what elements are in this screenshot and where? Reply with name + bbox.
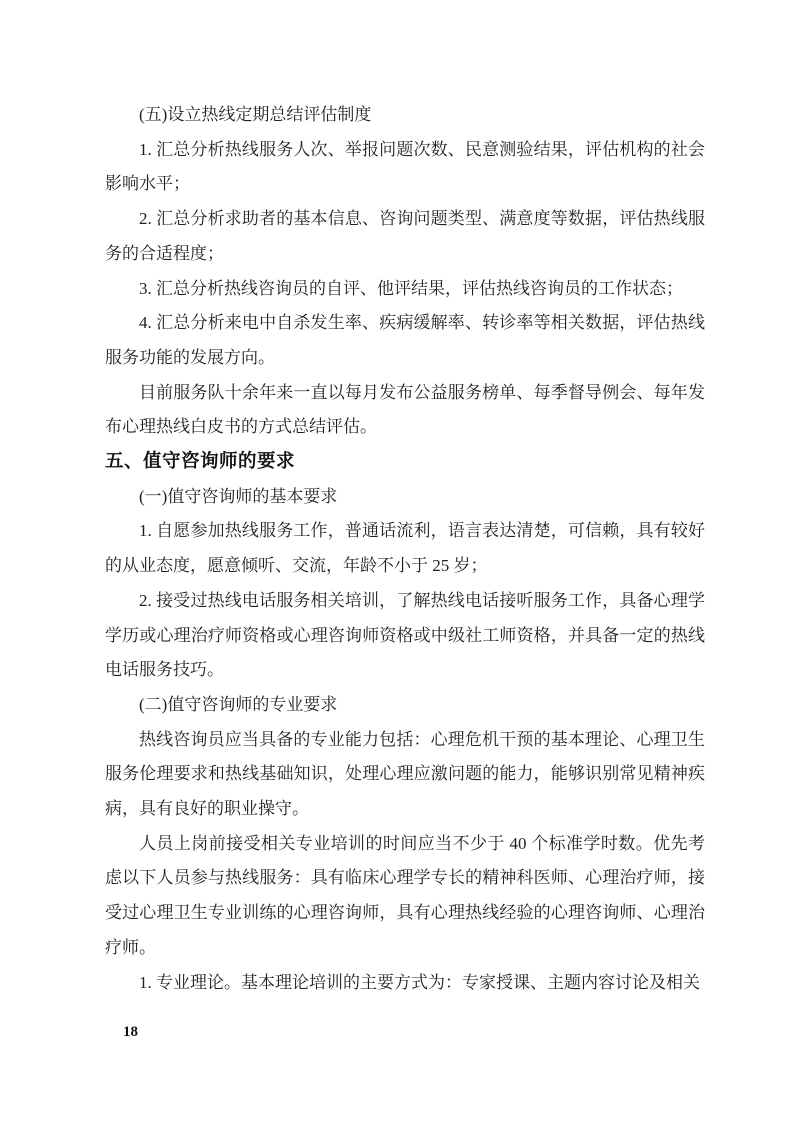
paragraph: 目前服务队十余年来一直以每月发布公益服务榜单、每季督导例会、每年发布心理热线白皮… — [105, 376, 705, 445]
paragraph: 2. 接受过热线电话服务相关培训，了解热线电话接听服务工作，具备心理学学历或心理… — [105, 584, 705, 688]
subsection-heading: (二)值守咨询师的专业要求 — [105, 688, 705, 723]
paragraph: 1. 专业理论。基本理论培训的主要方式为：专家授课、主题内容讨论及相关 — [105, 966, 705, 1001]
paragraph: 1. 自愿参加热线服务工作，普通话流利，语言表达清楚，可信赖，具有较好的从业态度… — [105, 514, 705, 583]
paragraph: 2. 汇总分析求助者的基本信息、咨询问题类型、满意度等数据，评估热线服务的合适程… — [105, 202, 705, 271]
paragraph: 人员上岗前接受相关专业培训的时间应当不少于 40 个标准学时数。优先考虑以下人员… — [105, 827, 705, 966]
document-page: (五)设立热线定期总结评估制度 1. 汇总分析热线服务人次、举报问题次数、民意测… — [0, 0, 794, 1123]
page-number: 18 — [123, 1023, 138, 1041]
paragraph: 3. 汇总分析热线咨询员的自评、他评结果，评估热线咨询员的工作状态； — [105, 272, 705, 307]
document-body: (五)设立热线定期总结评估制度 1. 汇总分析热线服务人次、举报问题次数、民意测… — [105, 98, 705, 1000]
subsection-heading: (五)设立热线定期总结评估制度 — [105, 98, 705, 133]
section-heading: 五、值守咨询师的要求 — [105, 445, 705, 480]
paragraph: 1. 汇总分析热线服务人次、举报问题次数、民意测验结果，评估机构的社会影响水平； — [105, 133, 705, 202]
paragraph: 热线咨询员应当具备的专业能力包括：心理危机干预的基本理论、心理卫生服务伦理要求和… — [105, 723, 705, 827]
paragraph: 4. 汇总分析来电中自杀发生率、疾病缓解率、转诊率等相关数据，评估热线服务功能的… — [105, 306, 705, 375]
subsection-heading: (一)值守咨询师的基本要求 — [105, 480, 705, 515]
